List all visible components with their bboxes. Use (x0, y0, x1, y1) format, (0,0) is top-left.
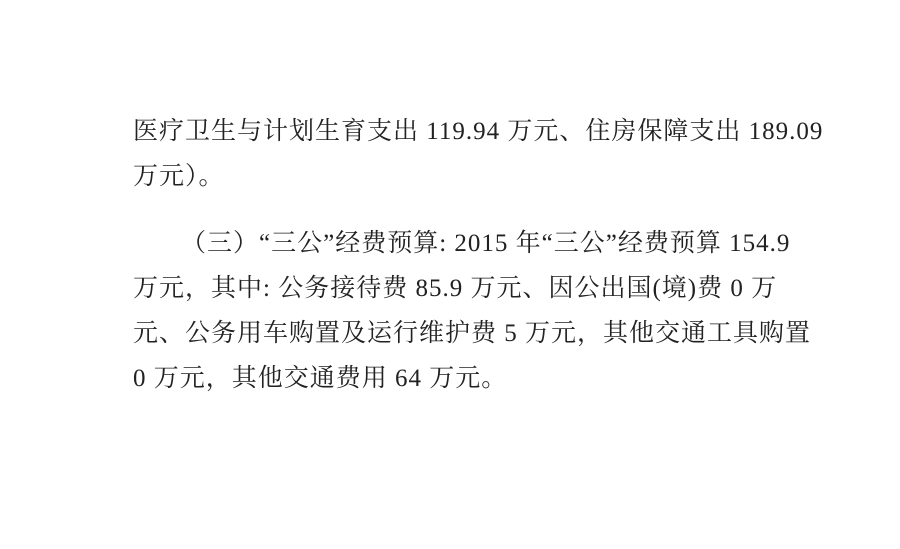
document-page: 医疗卫生与计划生育支出 119.94 万元、住房保障支出 189.09 万元）。… (0, 0, 900, 549)
paragraph-three-public-budget: （三）“三公”经费预算: 2015 年“三公”经费预算 154.9 万元，其中:… (133, 221, 778, 401)
paragraph2-line2: 万元，其中: 公务接待费 85.9 万元、因公出国(境)费 0 万 (133, 266, 778, 311)
paragraph2-line1: （三）“三公”经费预算: 2015 年“三公”经费预算 154.9 (133, 221, 778, 266)
paragraph2-line4: 0 万元，其他交通费用 64 万元。 (133, 356, 778, 401)
paragraph2-line3: 元、公务用车购置及运行维护费 5 万元，其他交通工具购置 (133, 311, 778, 356)
paragraph-medical-housing: 医疗卫生与计划生育支出 119.94 万元、住房保障支出 189.09 万元）。 (133, 109, 778, 199)
document-text-block: 医疗卫生与计划生育支出 119.94 万元、住房保障支出 189.09 万元）。… (133, 109, 778, 401)
paragraph1-line2: 万元）。 (133, 154, 778, 199)
paragraph1-line1: 医疗卫生与计划生育支出 119.94 万元、住房保障支出 189.09 (133, 109, 778, 154)
